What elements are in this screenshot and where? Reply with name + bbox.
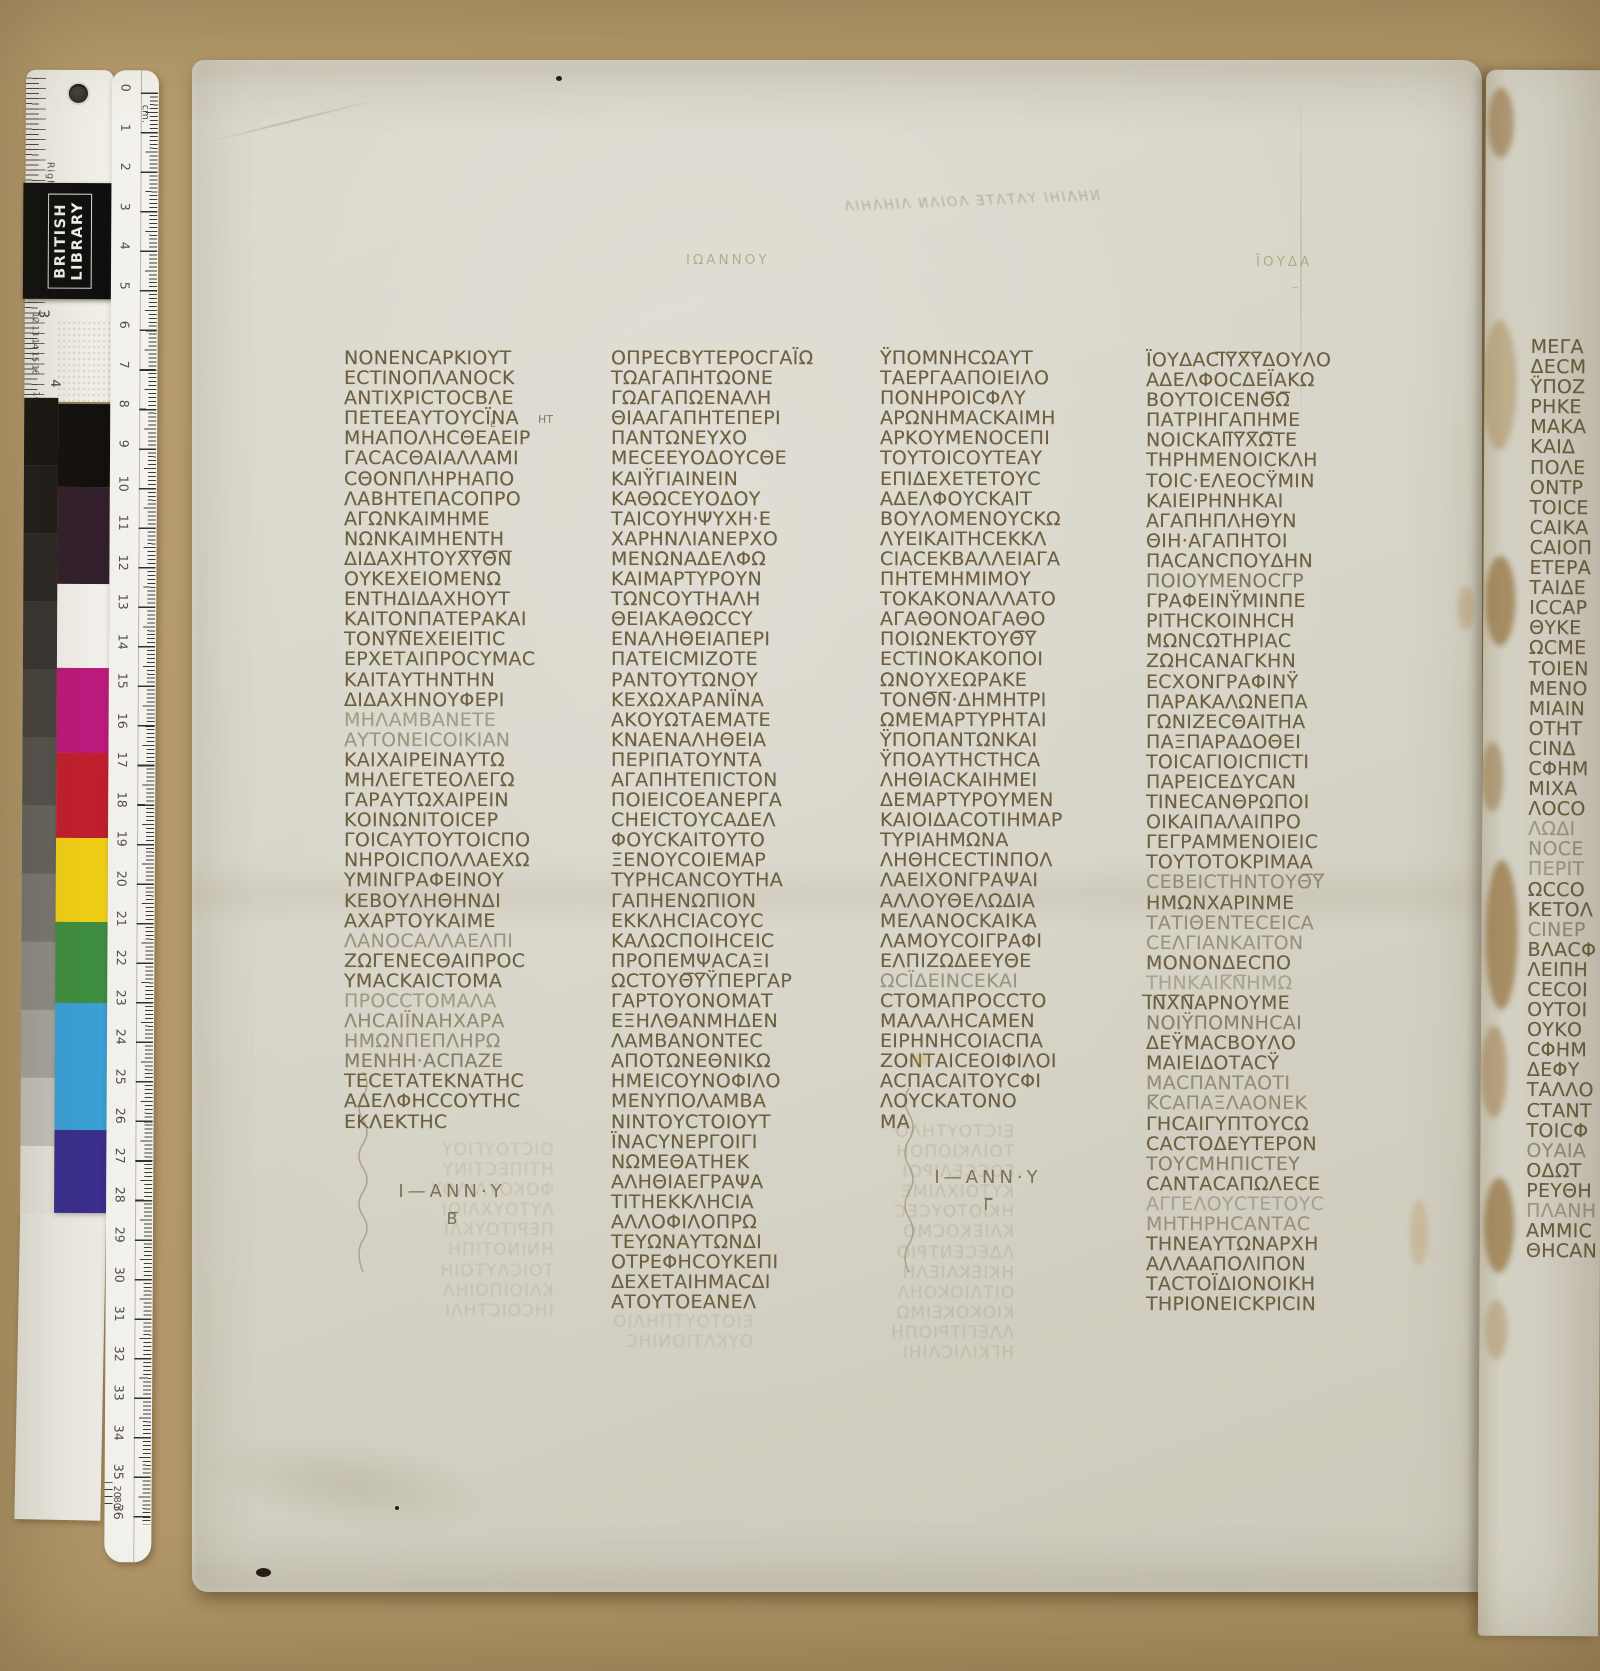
text-line: ΤΗΝΕΑΥΤΩΝΑΡΧΗ — [1146, 1234, 1331, 1254]
text-line: ΤΙΝΕCΑΝΘΡΩΠΟΙ — [1146, 792, 1331, 812]
text-line: CΙΝΕΡ — [1528, 920, 1599, 940]
cm-number: 5 — [117, 273, 132, 297]
text-line: ΑΛΗΘΙΑΕΓΡΑΨΑ — [611, 1172, 813, 1192]
text-line: ΤΟΥΤΟΙCΟΥΤΕΑΥ — [880, 448, 1063, 468]
text-line: ΖΩΗCΑΝΑΓΚΗΝ — [1146, 651, 1331, 671]
text-line: ΚΑΙΧΑΙΡΕΙΝΑΥΤΩ — [344, 750, 535, 770]
text-line: CΘΟΝΠΛΗΡΗΑΠΟ — [344, 469, 535, 489]
text-line: ΑΛΛΑΑΠΟΛΙΠΟΝ — [1146, 1254, 1331, 1274]
text-line: ΝΩΜΕΘΑΤΗΕΚ — [611, 1152, 813, 1172]
text-line: ΚΕΒΟΥΛΗΘΗΝΔΙ — [344, 891, 535, 911]
text-line: ΒΛΑCΦ — [1527, 940, 1598, 960]
text-line: ΠΟΙΟΥΜΕΝΟCΓΡ — [1146, 571, 1331, 591]
text-line: ΚΑΛΩCΠΟΙΗCΕΙC — [611, 931, 813, 951]
text-line: ΖΟΝΤΑΙCΕΟΙΦΙΛΟΙ — [880, 1051, 1063, 1071]
text-line: ΟΥΤΟΙ — [1527, 1000, 1598, 1020]
text-line: ΥΜΙΝΓΡΑΦΕΙΝΟΥ — [344, 870, 535, 890]
cm-number: 20 — [114, 867, 129, 891]
text-line: ΜΩΝCΩΤΗΡΙΑC — [1146, 631, 1331, 651]
cm-number: 8 — [117, 392, 132, 416]
gray-step — [24, 398, 58, 466]
text-line: ΤΑΕΡΓΑΑΠΟΙΕΙΛΟ — [880, 368, 1063, 388]
color-patch — [56, 838, 108, 922]
cm-number: 9 — [117, 432, 132, 456]
text-column-3: ΫΠΟΜΝΗCΩΑΥΤΤΑΕΡΓΑΑΠΟΙΕΙΛΟΠΟΝΗΡΟΙCΦΛΥΑΡΩΝ… — [880, 348, 1063, 1132]
text-line: ΟΤΗΤ — [1529, 719, 1600, 739]
text-line: ΤΗΡΗΜΕΝΟΙCΚΛΗ — [1146, 450, 1331, 470]
text-line: ΜΑΛΑΛΗCΑΜΕΝ — [880, 1011, 1063, 1031]
text-line: ΓΑΡΑΥΤΩΧΑΙΡΕΙΝ — [344, 790, 535, 810]
gray-step — [24, 466, 58, 534]
text-line: ΤΑCΤΟΪΔΙΟΝΟΙΚΗ — [1146, 1274, 1331, 1294]
text-line: ΜΗΤΗΡΗCΑΝΤΑC — [1146, 1214, 1331, 1234]
text-line: ΜΗΑΠΟΛΗCΘΕΑΕΙΡ — [344, 428, 535, 448]
text-line: ΕΠΙΔΕΧΕΤΕΤΟΥC — [880, 469, 1063, 489]
text-line: ΤΩΑΓΑΠΗΤΩΟΝΕ — [611, 368, 813, 388]
ink-stain — [914, 1054, 930, 1065]
text-line: ΘΕΙΑΚΑΘΩCCΥ — [611, 609, 813, 629]
cm-number: 6 — [117, 313, 132, 337]
cm-number: 23 — [114, 985, 129, 1009]
text-line: ΠΑΝΤΩΝΕΥΧΟ — [611, 428, 813, 448]
text-line: ΡΙΤΗCΚΟΙΝΗCΗ — [1146, 611, 1331, 631]
british-library-tag: BRITISHLIBRARY — [23, 183, 117, 299]
gray-step — [22, 738, 56, 806]
text-line: ΑΔΕΛΦΟΥCΚΑΙΤ — [880, 489, 1063, 509]
text-line: CΕΛΓΙΑΝΚΑΙΤΟΝ — [1146, 933, 1331, 953]
dark-speck — [256, 1568, 271, 1577]
bleedthrough-scribble: ΝΗΛΙΗΙ ΥΛΤΛΤΕ ΛΟΙΛΝ ΛΙΗΛΗΙΛ — [770, 189, 1100, 218]
text-line: ΝΟΝΕΝCΑΡΚΙΟΥΤ — [344, 348, 535, 368]
inch-small-numbers: 1213141516 — [26, 310, 42, 378]
cm-tick-marks — [133, 92, 157, 1524]
text-line: ΟΝΤΡ — [1530, 478, 1600, 498]
gray-step — [23, 534, 57, 602]
text-line: ΔΕΦΥ — [1527, 1060, 1598, 1080]
text-line: ΛΑΜΟΥCΟΙΓΡΑΦΙ — [880, 931, 1063, 951]
text-line: ΤΥΡΗCΑΝCΟΥΤΗΑ — [611, 870, 813, 890]
text-line: ΒΟΥΤΟΙCΕΝΘ̅Ω̅ — [1146, 390, 1331, 410]
text-line: ΩCΪΔΕΙΝCΕΚΑΙ — [880, 971, 1063, 991]
text-line: ΘΗCΑΝ — [1526, 1241, 1597, 1261]
cm-number: 21 — [114, 906, 129, 930]
text-line: ΜΗΛΕΓΕΤΕΟΛΕΓΩ — [344, 770, 535, 790]
text-column-4: ΪΟΥΔΑCΙ̅Υ̅Χ̅Υ̅ΔΟΥΛΟΑΔΕΛΦΟCΔΕΪΑΚΩΒΟΥΤΟΙCΕ… — [1146, 350, 1331, 1315]
text-line: ΜΑΙΕΙΔΟΤΑCΫ — [1146, 1053, 1331, 1073]
bleedthrough-text: ΟΙCΤΟΥΓΙΟΥΗΤΙΠΕCΤΙΝΥΦΟΚΟΥΛΙΛΟΥΛΥΤΟΥΧΛΙΟΙ… — [430, 1140, 554, 1321]
text-line: ΕCΤΙΝΟΚΑΚΟΠΟΙ — [880, 649, 1063, 669]
text-line: ΤΑΛΛΟ — [1527, 1080, 1598, 1100]
ruler-hole — [69, 84, 88, 103]
text-line: ΩCΜΕ — [1529, 638, 1600, 658]
text-line: CΗΕΙCΤΟΥCΑΔΕΛ — [611, 810, 813, 830]
color-patch — [58, 404, 110, 487]
text-line: ΠΡΟCCΤΟΜΑΛΑ — [344, 991, 535, 1011]
text-line: ΤΙΤΗΕΚΚΛΗCΙΑ — [611, 1192, 813, 1212]
text-line: ΓΟΙCΑΥΤΟΥΤΟΙCΠΟ — [344, 830, 535, 850]
text-line: Κ̅CΑΠΑΞΛΑΟΝΕΚ — [1146, 1093, 1331, 1113]
text-line: ΛΟCΟ — [1528, 799, 1599, 819]
gray-step — [20, 1146, 54, 1214]
text-line: ΛΗΘΗCΕCΤΙΝΠΟΛ — [880, 850, 1063, 870]
text-line: ΠΟΝΗΡΟΙCΦΛΥ — [880, 388, 1063, 408]
text-line: CΤΑΝΤ — [1527, 1100, 1598, 1120]
text-line: ΕCΤΙΝΟΠΛΑΝΟCΚ — [344, 368, 535, 388]
text-line: ΫΠΟΠΑΝΤΩΝΚΑΙ — [880, 730, 1063, 750]
text-line: ΠΑΤΡΙΗΓΑΠΗΜΕ — [1146, 410, 1331, 430]
text-line: ΛΑΕΙΧΟΝΓΡΑΨΑΙ — [880, 870, 1063, 890]
gray-step — [23, 670, 57, 738]
text-line: ΗΜΕΙCΟΥΝΟΦΙΛΟ — [611, 1071, 813, 1091]
cm-number: 35 — [111, 1460, 126, 1484]
gutter-stain — [1485, 860, 1518, 1010]
gray-step — [21, 1010, 55, 1078]
cm-number: 19 — [114, 827, 129, 851]
text-line: ΡΗΚΕ — [1530, 397, 1600, 417]
text-line: ΟΥΑΙΑ — [1526, 1141, 1597, 1161]
text-line: ΕΚΚΛΗCΙΑCΟΥC — [611, 911, 813, 931]
cm-number: 16 — [115, 708, 130, 732]
text-line: ΛΗΘΙΑCΚΑΙΗΜΕΙ — [880, 770, 1063, 790]
text-line: ΕΝΤΗΔΙΔΑΧΗΟΥΤ — [344, 589, 535, 609]
text-line: ΚΟΙΝΩΝΙΤΟΙCΕΡ — [344, 810, 535, 830]
cm-number: 0 — [118, 76, 133, 100]
text-line: ΜΑΚΑ — [1530, 417, 1600, 437]
text-column-2: ΟΠΡΕCΒΥΤΕΡΟCΓΑΪΩΤΩΑΓΑΠΗΤΩΟΝΕΓΩΑΓΑΠΩΕΝΑΛΗ… — [611, 348, 813, 1313]
text-line: ΚΑΘΩCΕΥΟΔΟΥ — [611, 489, 813, 509]
text-line: CΑCΤΟΔΕΥΤΕΡΟΝ — [1146, 1134, 1331, 1154]
text-line: ΛΑΜΒΑΝΟΝΤΕC — [611, 1031, 813, 1051]
text-line: ΜΑCΠΑΝΤΑΟΤΙ — [1146, 1073, 1331, 1093]
grayscale-calibration-wedge — [20, 398, 58, 1214]
text-line: ΕΙΡΗΝΗCΟΙΑCΠΑ — [880, 1031, 1063, 1051]
cm-number: 11 — [116, 511, 131, 535]
running-header-right: ΪΟΥΔΑ — [1256, 254, 1312, 270]
text-line: ΘΥΚΕ — [1529, 618, 1600, 638]
text-line: ΠΗΤΕΜΗΜΙΜΟΥ — [880, 569, 1063, 589]
cm-number: 4 — [118, 234, 133, 258]
text-line: ΠΡΟΠΕΜΨΑCΑΞΙ — [611, 951, 813, 971]
cm-number: 17 — [115, 748, 130, 772]
text-line: ΛΑΒΗΤΕΠΑCΟΠΡΟ — [344, 489, 535, 509]
text-line: ΤΩΝCΟΥΤΗΑΛΗ — [611, 589, 813, 609]
text-line: ΑΓΑΠΗΠΛΗΘΥΝ — [1146, 511, 1331, 531]
text-line: ΛΗCΑΙΪΝΑΗΧΑΡΑ — [344, 1011, 535, 1031]
text-line: ΚΕΧΩΧΑΡΑΝΪΝΑ — [611, 690, 813, 710]
text-line: ΠΛΑΝΗ — [1526, 1201, 1597, 1221]
cm-number: 10 — [116, 471, 131, 495]
text-line: ΜΕΝΗΗ·ΑCΠΑΖΕ — [344, 1051, 535, 1071]
text-line: ΡΕΥΘΗ — [1526, 1181, 1597, 1201]
text-line: ΞΕΝΟΥCΟΙΕΜΑΡ — [611, 850, 813, 870]
text-line: ΥΜΑCΚΑΙCΤΟΜΑ — [344, 971, 535, 991]
gray-step — [22, 806, 56, 874]
text-line: ΙCCΑΡ — [1529, 598, 1600, 618]
cm-number: 2 — [118, 155, 133, 179]
text-line: ΔΙΔΑΧΗΝΟΥΦΕΡΙ — [344, 690, 535, 710]
text-line: ΝΩΝΚΑΙΜΗΕΝΤΗ — [344, 529, 535, 549]
gutter-stain — [1485, 1300, 1507, 1360]
text-line: ΓΑΠΗΕΝΩΠΙΟΝ — [611, 891, 813, 911]
text-line: ΔΙΔΑΧΗΤΟΥΧ̅Υ̅Θ̅Ν̅ — [344, 549, 535, 569]
text-line: ΓΑΡΤΟΥΟΝΟΜΑΤ — [611, 991, 813, 1011]
text-line: ΕΚΛΕΚΤΗC — [344, 1112, 535, 1132]
header-mark: – — [1292, 280, 1298, 294]
text-line: CΤΟΜΑΠΡΟCCΤΟ — [880, 991, 1063, 1011]
text-line: ΟΥΚΕΧΕΙΟΜΕΝΩ — [344, 569, 535, 589]
text-line: ΤΑΙΔΕ — [1529, 578, 1600, 598]
text-line: ΠΟΛΕ — [1530, 457, 1600, 477]
text-line: CΦΗΜ — [1528, 759, 1599, 779]
gray-step — [21, 942, 55, 1010]
manuscript-page: ΙΩΑΝΝΟΥ ΪΟΥΔΑ – ΝΗΛΙΗΙ ΥΛΤΛΤΕ ΛΟΙΛΝ ΛΙΗΛ… — [192, 60, 1482, 1592]
text-line: ΠΕΡΙΤ — [1528, 859, 1599, 879]
text-line: ΚΑΙΜΑΡΤΥΡΟΥΝ — [611, 569, 813, 589]
text-line: ΒΟΥΛΟΜΕΝΟΥCΚΩ — [880, 509, 1063, 529]
text-line: ΝΟΙΫΠΟΜΝΗCΑΙ — [1146, 1013, 1331, 1033]
text-line: ΜΕΝΥΠΟΛΑΜΒΑ — [611, 1091, 813, 1111]
text-line: ΑΝΤΙΧΡΙCΤΟCΒΛΕ — [344, 388, 535, 408]
cm-number: 1 — [118, 115, 133, 139]
text-line: ΕΝΑΛΗΘΕΙΑΠΕΡΙ — [611, 629, 813, 649]
text-line: CΕΒΕΙCΤΗΝΤΟΥΘ̅Υ̅ — [1146, 872, 1331, 892]
text-line: ΛΑΝΟCΑΛΛΑΕΛΠΙ — [344, 931, 535, 951]
text-line: ΔΕΫΜΑCΒΟΥΛΟ — [1146, 1033, 1331, 1053]
text-line: ΠΑΞΠΑΡΑΔΟΘΕΙ — [1146, 732, 1331, 752]
cm-number: 24 — [113, 1025, 128, 1049]
text-line: ΠΑΡΑΚΑΛΩΝΕΠΑ — [1146, 692, 1331, 712]
text-line: ΛΕΙΠΗ — [1527, 960, 1598, 980]
color-patch — [54, 1130, 106, 1213]
cm-unit-label: cm. — [139, 105, 150, 123]
text-line: Ι̅Ν̅Χ̅Ν̅ΑΡΝΟΥΜΕ — [1146, 993, 1331, 1013]
text-line: ΠΟΙΩΝΕΚΤΟΥΘ̅Υ̅ — [880, 629, 1063, 649]
text-line: ΑΚΟΥΩΤΑΕΜΑΤΕ — [611, 710, 813, 730]
text-line: ΜΙΑΙΝ — [1529, 699, 1600, 719]
text-line: ΤΟΙCΦ — [1526, 1121, 1597, 1141]
gray-step — [20, 1078, 54, 1146]
text-line: ΟΔΩΤ — [1526, 1161, 1597, 1181]
cm-number: 15 — [115, 669, 130, 693]
cm-number: 31 — [112, 1302, 127, 1326]
text-line: ΑΛΛΟΥΘΕΛΩΔΙΑ — [880, 891, 1063, 911]
text-line: ΠΑCΑΝCΠΟΥΔΗΝ — [1146, 551, 1331, 571]
text-line: ΓΗCΑΙΓΥΠΤΟΥCΩ — [1146, 1114, 1331, 1134]
text-line: ΑΡΩΝΗΜΑCΚΑΙΜΗ — [880, 408, 1063, 428]
text-line: ΕΡΧΕΤΑΙΠΡΟCΥΜΑC — [344, 649, 535, 669]
gutter-stain — [1488, 88, 1514, 158]
text-line: CΑΙΚΑ — [1530, 518, 1600, 538]
text-line: ΩΜΕΜΑΡΤΥΡΗΤΑΙ — [880, 710, 1063, 730]
text-line: CΑΙΟΠ — [1530, 538, 1600, 558]
color-patch — [56, 668, 108, 753]
text-line: ΓΩΑΓΑΠΩΕΝΑΛΗ — [611, 388, 813, 408]
cm-number: 14 — [115, 629, 130, 653]
cm-number: 22 — [114, 946, 129, 970]
next-folio-edge: ΜΕΓΑΔΕCΜΫΠΟΖΡΗΚΕΜΑΚΑΚΑΙΔΠΟΛΕΟΝΤΡΤΟΙCΕCΑΙ… — [1478, 70, 1600, 1637]
text-line: CΑΝΤΑCΑΠΩΛΕCΕ — [1146, 1174, 1331, 1194]
text-line: ΜΕΝΩΝΑΔΕΛΦΩ — [611, 549, 813, 569]
cm-number: 26 — [113, 1104, 128, 1128]
british-library-label: BRITISHLIBRARY — [47, 193, 91, 289]
text-line: ΤΕΥΩΝΑΥΤΩΝΔΙ — [611, 1232, 813, 1252]
gray-step — [23, 602, 57, 670]
text-line: ΤΟΝΥ̅Ν̅ΕΧΕΙΕΙΤΙC — [344, 629, 535, 649]
text-line: CΦΗΜ — [1527, 1040, 1598, 1060]
text-line: ΡΑΝΤΟΥΤΩΝΟΥ — [611, 670, 813, 690]
text-line: ΑΠΟΤΩΝΕΘΝΙΚΩ — [611, 1051, 813, 1071]
color-patch — [55, 922, 107, 1003]
gutter-stain — [1482, 320, 1517, 450]
text-line: ΖΩΓΕΝΕCΘΑΙΠΡΟC — [344, 951, 535, 971]
text-line: ΗΜΩΝΧΑΡΙΝΜΕ — [1146, 893, 1331, 913]
text-line: ΜΕΝΟ — [1529, 679, 1600, 699]
cm-ruler: cm. 012345678910111213141516171819202122… — [104, 70, 159, 1562]
text-line: ΝΗΡΟΙCΠΟΛΛΑΕΧΩ — [344, 850, 535, 870]
parchment-repair-thread — [354, 1072, 372, 1272]
text-line: ΩΝΟΥΧΕΩΡΑΚΕ — [880, 670, 1063, 690]
text-line: ΔΕCΜ — [1530, 357, 1600, 377]
text-line: CΕCΟΙ — [1527, 980, 1598, 1000]
text-line: ΩCΤΟΥΘ̅Υ̅ΫΠΕΡΓΑΡ — [611, 971, 813, 991]
text-line: ΤΗΝΚΑΙΚ̅Ν̅ΗΜΩ — [1146, 973, 1331, 993]
text-line: ΫΠΟΑΥΤΗCΤΗCΑ — [880, 750, 1063, 770]
text-line: ΜΗΛΑΜΒΑΝΕΤΕ — [344, 710, 535, 730]
text-line: ΟΥΚΟ — [1527, 1020, 1598, 1040]
text-line: ΑΓΑΠΗΤΕΠΙCΤΟΝ — [611, 770, 813, 790]
cm-number: 27 — [113, 1144, 128, 1168]
text-line: ΝΟΙCΚΑΙΙ̅Υ̅Χ̅Ω̅ΤΕ — [1146, 430, 1331, 450]
text-line: ΠΕΡΙΠΑΤΟΥΝΤΑ — [611, 750, 813, 770]
text-line: ΚΑΙΔ — [1530, 437, 1600, 457]
next-folio-text-column: ΜΕΓΑΔΕCΜΫΠΟΖΡΗΚΕΜΑΚΑΚΑΙΔΠΟΛΕΟΝΤΡΤΟΙCΕCΑΙ… — [1526, 337, 1600, 1262]
text-line: ΑΜΜΙC — [1526, 1221, 1597, 1241]
color-patch — [55, 1003, 108, 1130]
text-line: ΜΕCΕΕΥΟΔΟΥCΘΕ — [611, 448, 813, 468]
text-line: ΤΟΥΤΟΤΟΚΡΙΜΑΑ — [1146, 852, 1331, 872]
text-line: ΧΑΡΗΝΛΙΑΝΕΡΧΟ — [611, 529, 813, 549]
cm-number: 30 — [112, 1262, 127, 1286]
gutter-stain — [1481, 742, 1503, 812]
dark-speck — [395, 1506, 399, 1510]
text-line: ΓΡΑΦΕΙΝΫΜΙΝΠΕ — [1146, 591, 1331, 611]
text-line: ΟΠΡΕCΒΥΤΕΡΟCΓΑΪΩ — [611, 348, 813, 368]
text-line: ΑΓΩΝΚΑΙΜΗΜΕ — [344, 509, 535, 529]
text-line: ΑΡΚΟΥΜΕΝΟCΕΠΙ — [880, 428, 1063, 448]
text-line: ΑΔΕΛΦΟCΔΕΪΑΚΩ — [1146, 370, 1331, 390]
text-line: ΕΞΗΛΘΑΝΜΗΔΕΝ — [611, 1011, 813, 1031]
text-line: ΕΛΠΙΖΩΔΕΕΥΘΕ — [880, 951, 1063, 971]
cm-number: 25 — [113, 1064, 128, 1088]
text-line: ΠΑΡΕΙCΕΔΥCΑΝ — [1146, 772, 1331, 792]
text-line: ΕΤΕΡΑ — [1529, 558, 1600, 578]
text-line: ΤΥΡΙΑΗΜΩΝΑ — [880, 830, 1063, 850]
stain — [1410, 1200, 1428, 1266]
text-line: ΔΕΜΑΡΤΥΡΟΥΜΕΝ — [880, 790, 1063, 810]
text-line: ΝΟCΕ — [1528, 839, 1599, 859]
text-line: ΑΓΑΘΟΝΟΑΓΑΘΟ — [880, 609, 1063, 629]
text-line: ΚΑΙΤΑΥΤΗΝΤΗΝ — [344, 670, 535, 690]
text-line: ΠΕΤΕΕΑΥΤΟΥCΪΝΑ — [344, 408, 535, 428]
text-line: ΘΙΑΑΓΑΠΗΤΕΠΕΡΙ — [611, 408, 813, 428]
gutter-stain — [1484, 1178, 1514, 1273]
text-line: ΜΟΝΟΝΔΕCΠΟ — [1146, 953, 1331, 973]
text-line: ΩCCΟ — [1528, 879, 1599, 899]
cm-number: 32 — [112, 1341, 127, 1365]
text-line: ΤΟΚΑΚΟΝΑΛΛΑΤΟ — [880, 589, 1063, 609]
text-line: ΤΟΙCΕ — [1530, 498, 1600, 518]
text-line: ΜΙΧΑ — [1528, 779, 1599, 799]
correction-mark: ε — [490, 417, 496, 430]
text-line: ΓΑCΑCΘΑΙΑΛΛΑΜΙ — [344, 448, 535, 468]
text-line: ΛΩΔΙ — [1528, 819, 1599, 839]
text-line: ΪΟΥΔΑCΙ̅Υ̅Χ̅Υ̅ΔΟΥΛΟ — [1146, 350, 1331, 370]
text-column-1: ΝΟΝΕΝCΑΡΚΙΟΥΤΕCΤΙΝΟΠΛΑΝΟCΚΑΝΤΙΧΡΙCΤΟCΒΛΕ… — [344, 348, 535, 1132]
cm-number: 29 — [112, 1223, 127, 1247]
correction-mark: ΗΤ — [538, 413, 553, 426]
text-line: ΗΜΩΝΠΕΠΛΗΡΩ — [344, 1031, 535, 1051]
text-line: ΚΑΙΫΓΙΑΙΝΕΙΝ — [611, 469, 813, 489]
text-line: ΕCΧΟΝΓΡΑΦΙΝΫ — [1146, 672, 1331, 692]
text-line: ΔΕΧΕΤΑΙΗΜΑCΔΙ — [611, 1272, 813, 1292]
white-backing-strip — [14, 1211, 106, 1521]
cm-number: 34 — [111, 1420, 126, 1444]
cm-number: 33 — [112, 1381, 127, 1405]
text-line: ΤΟΙCΑΓΙΟΙCΠΙCΤΙ — [1146, 752, 1331, 772]
color-calibration-patches — [54, 404, 110, 1213]
text-line: ΪΝΑCΥΝΕΡΓΟΙΓΙ — [611, 1132, 813, 1152]
text-line: ΤΟΙΕΝ — [1529, 658, 1600, 678]
text-line: ΫΠΟΖ — [1530, 377, 1600, 397]
text-line: ΓΕΓΡΑΜΜΕΝΟΙΕΙC — [1146, 832, 1331, 852]
parchment-repair-thread — [900, 1088, 918, 1298]
text-line: ΑΛΛΟΦΙΛΟΠΡΩ — [611, 1212, 813, 1232]
text-line: ΘΙΗ·ΑΓΑΠΗΤΟΙ — [1146, 531, 1331, 551]
text-line: ΤΗΡΙΟΝΕΙCΚΡΙCΙΝ — [1146, 1294, 1331, 1314]
cm-number: 12 — [116, 550, 131, 574]
text-line: ΚΑΙΟΙΔΑCΟΤΙΗΜΑΡ — [880, 810, 1063, 830]
dark-speck — [556, 76, 562, 81]
text-line: ΝΙΝΤΟΥCΤΟΙΟΥΤ — [611, 1112, 813, 1132]
text-line: ΑΓΓΕΛΟΥCΤΕΤΟΥC — [1146, 1194, 1331, 1214]
text-line: ΚΑΙΕΙΡΗΝΗΚΑΙ — [1146, 491, 1331, 511]
text-line: ΑΥΤΟΝΕΙCΟΙΚΙΑΝ — [344, 730, 535, 750]
text-line: ΤΕCΕΤΑΤΕΚΝΑΤΗC — [344, 1071, 535, 1091]
text-line: ΜΕΛΑΝΟCΚΑΙΚΑ — [880, 911, 1063, 931]
text-line: ΛΥΕΙΚΑΙΤΗCΕΚΚΛ — [880, 529, 1063, 549]
color-patch — [56, 753, 108, 838]
text-line: ΤΑΙCΟΥΗΨΥΧΗ·Ε — [611, 509, 813, 529]
text-line: ΤΑΤΙΘΕΝΤΕCΕΙCΑ — [1146, 913, 1331, 933]
text-line: ΤΟΝΘ̅Ν̅·ΔΗΜΗΤΡΙ — [880, 690, 1063, 710]
text-line: ΦΟΥCΚΑΙΤΟΥΤΟ — [611, 830, 813, 850]
text-line: ΫΠΟΜΝΗCΩΑΥΤ — [880, 348, 1063, 368]
text-line: ΑΔΕΛΦΗCCΟΥΤΗC — [344, 1091, 535, 1111]
cm-number: 13 — [116, 590, 131, 614]
text-line: ΟΙΚΑΙΠΑΛΑΙΠΡΟ — [1146, 812, 1331, 832]
text-line: ΠΑΤΕΙCΜΙΖΟΤΕ — [611, 649, 813, 669]
color-patch — [57, 487, 110, 584]
running-header-left: ΙΩΑΝΝΟΥ — [686, 252, 770, 268]
gutter-stain — [1481, 1026, 1507, 1118]
text-line: ΚΕΤΟΛ — [1528, 900, 1599, 920]
text-line: CΙΑCΕΚΒΑΛΛΕΙΑΓΑ — [880, 549, 1063, 569]
cm-number: 3 — [118, 194, 133, 218]
text-line: ΚΑΙΤΟΝΠΑΤΕΡΑΚΑΙ — [344, 609, 535, 629]
text-line: ΓΩΝΙΖΕCΘΑΙΤΗΑ — [1146, 712, 1331, 732]
text-line: ΑΤΟΥΤΟΕΑΝΕΛ — [611, 1292, 813, 1312]
text-line: ΟΤΡΕΦΗCΟΥΚΕΠΙ — [611, 1252, 813, 1272]
